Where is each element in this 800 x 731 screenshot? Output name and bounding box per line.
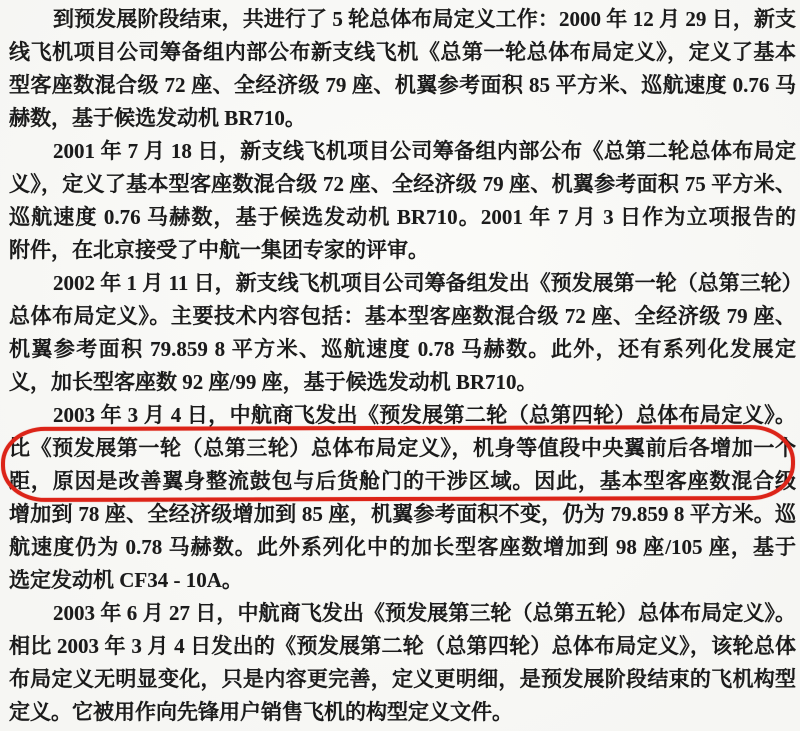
text-line: 附件，在北京接受了中航一集团专家的评审。 xyxy=(9,234,796,267)
paragraph-5: 2003 年 6 月 27 日，中航商飞发出《预发展第三轮（总第五轮）总体布局定… xyxy=(9,597,796,729)
text-line: 巡航速度 0.76 马赫数，基于候选发动机 BR710。2001 年 7 月 3… xyxy=(9,201,796,234)
text-line: 2003 年 3 月 4 日，中航商飞发出《预发展第二轮（总第四轮）总体布局定义… xyxy=(9,399,796,432)
text-line: 线飞机项目公司筹备组内部公布新支线飞机《总第一轮总体布局定义》，定义了基本 xyxy=(9,36,796,69)
text-line: 定义。它被用作向先锋用户销售飞机的构型定义文件。 xyxy=(9,696,796,729)
text-line: 2003 年 6 月 27 日，中航商飞发出《预发展第三轮（总第五轮）总体布局定… xyxy=(9,597,796,630)
text-line: 到预发展阶段结束，共进行了 5 轮总体布局定义工作：2000 年 12 月 29… xyxy=(9,3,796,36)
paragraph-2: 2001 年 7 月 18 日，新支线飞机项目公司筹备组内部公布《总第二轮总体布… xyxy=(9,135,796,267)
text-line: 型客座数混合级 72 座、全经济级 79 座、机翼参考面积 85 平方米、巡航速… xyxy=(9,69,796,102)
text-line: 义，加长型客座数 92 座/99 座，基于候选发动机 BR710。 xyxy=(9,366,796,399)
paragraph-1: 到预发展阶段结束，共进行了 5 轮总体布局定义工作：2000 年 12 月 29… xyxy=(9,3,796,135)
text-line: 机翼参考面积 79.859 8 平方米、巡航速度 0.78 马赫数。此外，还有系… xyxy=(9,333,796,366)
text-line: 布局定义无明显变化，只是内容更完善，定义更明细，是预发展阶段结束的飞机构型 xyxy=(9,663,796,696)
document-text: 到预发展阶段结束，共进行了 5 轮总体布局定义工作：2000 年 12 月 29… xyxy=(9,3,796,729)
text-line: 2001 年 7 月 18 日，新支线飞机项目公司筹备组内部公布《总第二轮总体布… xyxy=(9,135,796,168)
text-line: 总体布局定义》。主要技术内容包括：基本型客座数混合级 72 座、全经济级 79 … xyxy=(9,300,796,333)
text-line: 航速度仍为 0.78 马赫数。此外系列化中的加长型客座数增加到 98 座/105… xyxy=(9,531,796,564)
text-line: 增加到 78 座、全经济级增加到 85 座，机翼参考面积不变，仍为 79.859… xyxy=(9,498,796,531)
text-line: 赫数，基于候选发动机 BR710。 xyxy=(9,102,796,135)
text-line-circled: 距，原因是改善翼身整流鼓包与后货舱门的干涉区域。因此，基本型客座数混合级 xyxy=(9,465,796,498)
text-line: 选定发动机 CF34 - 10A。 xyxy=(9,564,796,597)
text-line: 相比 2003 年 3 月 4 日发出的《预发展第二轮（总第四轮）总体布局定义》… xyxy=(9,630,796,663)
text-line-circled: 比《预发展第一轮（总第三轮）总体布局定义》，机身等值段中央翼前后各增加一个框 xyxy=(9,432,796,465)
scanned-document-page: 到预发展阶段结束，共进行了 5 轮总体布局定义工作：2000 年 12 月 29… xyxy=(0,0,800,731)
text-line: 义》，定义了基本型客座数混合级 72 座、全经济级 79 座、机翼参考面积 75… xyxy=(9,168,796,201)
paragraph-4: 2003 年 3 月 4 日，中航商飞发出《预发展第二轮（总第四轮）总体布局定义… xyxy=(9,399,796,597)
text-line: 2002 年 1 月 11 日，新支线飞机项目公司筹备组发出《预发展第一轮（总第… xyxy=(9,267,796,300)
paragraph-3: 2002 年 1 月 11 日，新支线飞机项目公司筹备组发出《预发展第一轮（总第… xyxy=(9,267,796,399)
